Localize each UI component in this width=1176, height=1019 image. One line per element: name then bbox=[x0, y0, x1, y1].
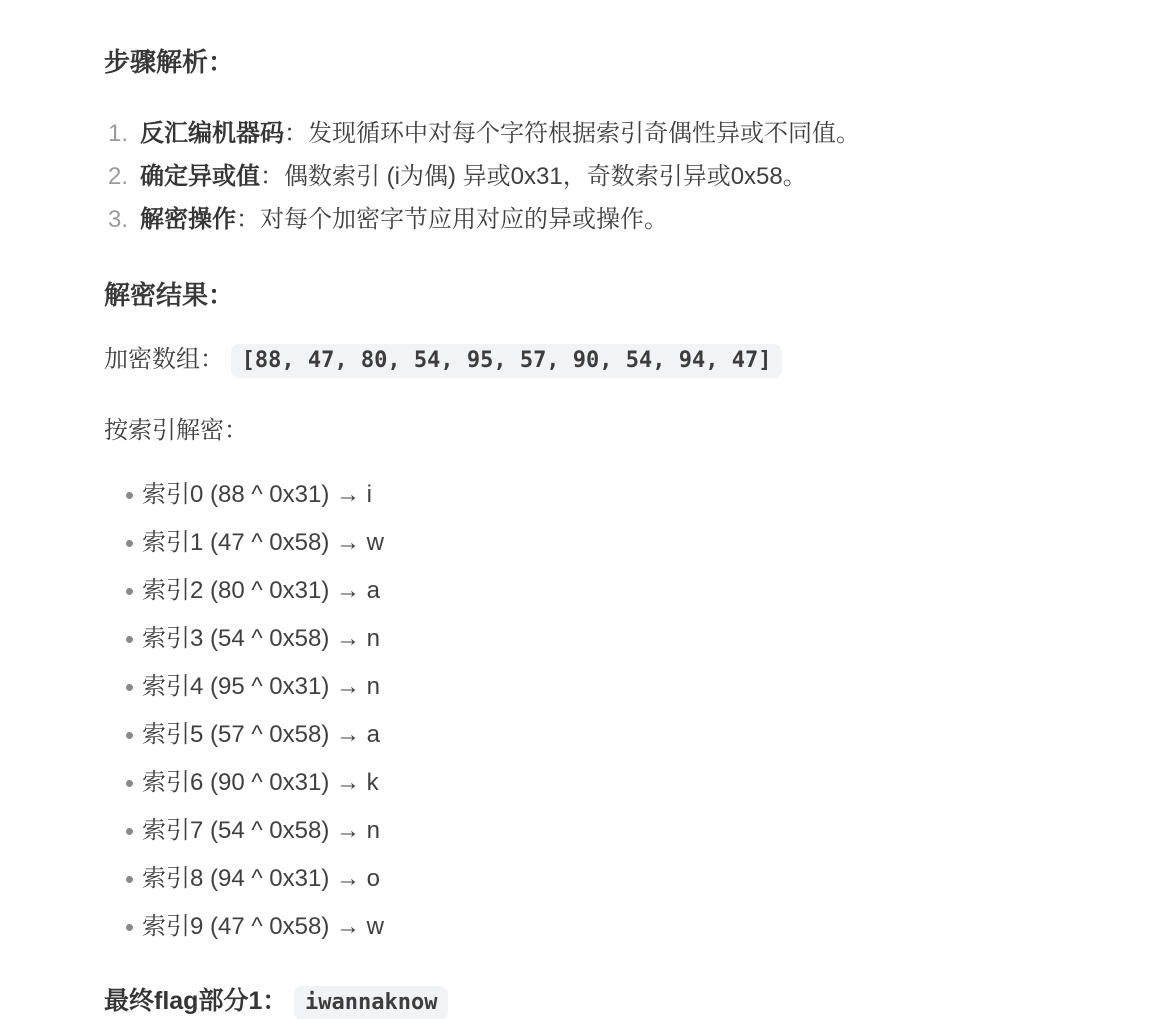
final-flag-code: iwannaknow bbox=[294, 986, 448, 1019]
bullet-icon bbox=[126, 876, 133, 883]
decrypt-text-5: 索引5 (57 ^ 0x58) → a bbox=[142, 721, 380, 748]
encrypted-array-line: 加密数组： [88, 47, 80, 54, 95, 57, 90, 54, 9… bbox=[104, 339, 1086, 382]
encrypted-array-label: 加密数组： bbox=[104, 346, 224, 373]
decrypt-text-4: 索引4 (95 ^ 0x31) → n bbox=[142, 673, 380, 700]
decrypt-item-2: 索引2 (80 ^ 0x31) → a bbox=[104, 570, 1086, 612]
step-text-1: 发现循环中对每个字符根据索引奇偶性异或不同值。 bbox=[308, 120, 860, 147]
bullet-icon bbox=[126, 924, 133, 931]
decrypt-text-9: 索引9 (47 ^ 0x58) → w bbox=[142, 913, 384, 940]
bullet-icon bbox=[126, 588, 133, 595]
bullet-icon bbox=[126, 732, 133, 739]
step-separator-1: ： bbox=[284, 120, 308, 147]
decrypt-text-8: 索引8 (94 ^ 0x31) → o bbox=[142, 865, 380, 892]
step-text-2: 偶数索引 (i为偶) 异或0x31，奇数索引异或0x58。 bbox=[284, 163, 807, 190]
step-title-2: 确定异或值 bbox=[140, 163, 260, 190]
steps-list: 1. 反汇编机器码：发现循环中对每个字符根据索引奇偶性异或不同值。 2. 确定异… bbox=[104, 112, 1086, 241]
decrypt-item-1: 索引1 (47 ^ 0x58) → w bbox=[104, 522, 1086, 564]
decrypt-text-1: 索引1 (47 ^ 0x58) → w bbox=[142, 529, 384, 556]
step-number-3: 3. bbox=[108, 198, 128, 241]
steps-heading: 步骤解析： bbox=[104, 44, 1086, 80]
decrypt-item-9: 索引9 (47 ^ 0x58) → w bbox=[104, 906, 1086, 948]
decrypt-item-5: 索引5 (57 ^ 0x58) → a bbox=[104, 714, 1086, 756]
step-item-2: 2. 确定异或值：偶数索引 (i为偶) 异或0x31，奇数索引异或0x58。 bbox=[104, 155, 1086, 198]
decrypt-item-7: 索引7 (54 ^ 0x58) → n bbox=[104, 810, 1086, 852]
decrypt-text-7: 索引7 (54 ^ 0x58) → n bbox=[142, 817, 380, 844]
step-item-3: 3. 解密操作：对每个加密字节应用对应的异或操作。 bbox=[104, 198, 1086, 241]
bullet-icon bbox=[126, 684, 133, 691]
step-title-3: 解密操作 bbox=[140, 206, 236, 233]
final-flag-line: 最终flag部分1： iwannaknow bbox=[104, 980, 1086, 1019]
decrypt-text-0: 索引0 (88 ^ 0x31) → i bbox=[142, 481, 372, 508]
bullet-icon bbox=[126, 780, 133, 787]
decrypt-item-8: 索引8 (94 ^ 0x31) → o bbox=[104, 858, 1086, 900]
decrypt-item-0: 索引0 (88 ^ 0x31) → i bbox=[104, 474, 1086, 516]
step-number-2: 2. bbox=[108, 155, 128, 198]
step-text-3: 对每个加密字节应用对应的异或操作。 bbox=[260, 206, 668, 233]
decrypt-item-4: 索引4 (95 ^ 0x31) → n bbox=[104, 666, 1086, 708]
bullet-icon bbox=[126, 828, 133, 835]
final-flag-label: 最终flag部分1： bbox=[104, 987, 287, 1015]
step-separator-3: ： bbox=[236, 206, 260, 233]
decrypt-item-3: 索引3 (54 ^ 0x58) → n bbox=[104, 618, 1086, 660]
bullet-icon bbox=[126, 636, 133, 643]
step-number-1: 1. bbox=[108, 112, 128, 155]
step-title-1: 反汇编机器码 bbox=[140, 120, 284, 147]
decrypt-text-2: 索引2 (80 ^ 0x31) → a bbox=[142, 577, 380, 604]
step-item-1: 1. 反汇编机器码：发现循环中对每个字符根据索引奇偶性异或不同值。 bbox=[104, 112, 1086, 155]
bullet-icon bbox=[126, 492, 133, 499]
decrypt-item-6: 索引6 (90 ^ 0x31) → k bbox=[104, 762, 1086, 804]
result-heading: 解密结果： bbox=[104, 277, 1086, 313]
decrypt-text-3: 索引3 (54 ^ 0x58) → n bbox=[142, 625, 380, 652]
decrypt-by-index-label: 按索引解密： bbox=[104, 410, 1086, 452]
encrypted-array-code: [88, 47, 80, 54, 95, 57, 90, 54, 94, 47] bbox=[231, 344, 783, 378]
markdown-document: 步骤解析： 1. 反汇编机器码：发现循环中对每个字符根据索引奇偶性异或不同值。 … bbox=[0, 0, 1176, 1019]
decrypt-list: 索引0 (88 ^ 0x31) → i 索引1 (47 ^ 0x58) → w … bbox=[104, 474, 1086, 948]
step-separator-2: ： bbox=[260, 163, 284, 190]
decrypt-text-6: 索引6 (90 ^ 0x31) → k bbox=[142, 769, 379, 796]
bullet-icon bbox=[126, 540, 133, 547]
